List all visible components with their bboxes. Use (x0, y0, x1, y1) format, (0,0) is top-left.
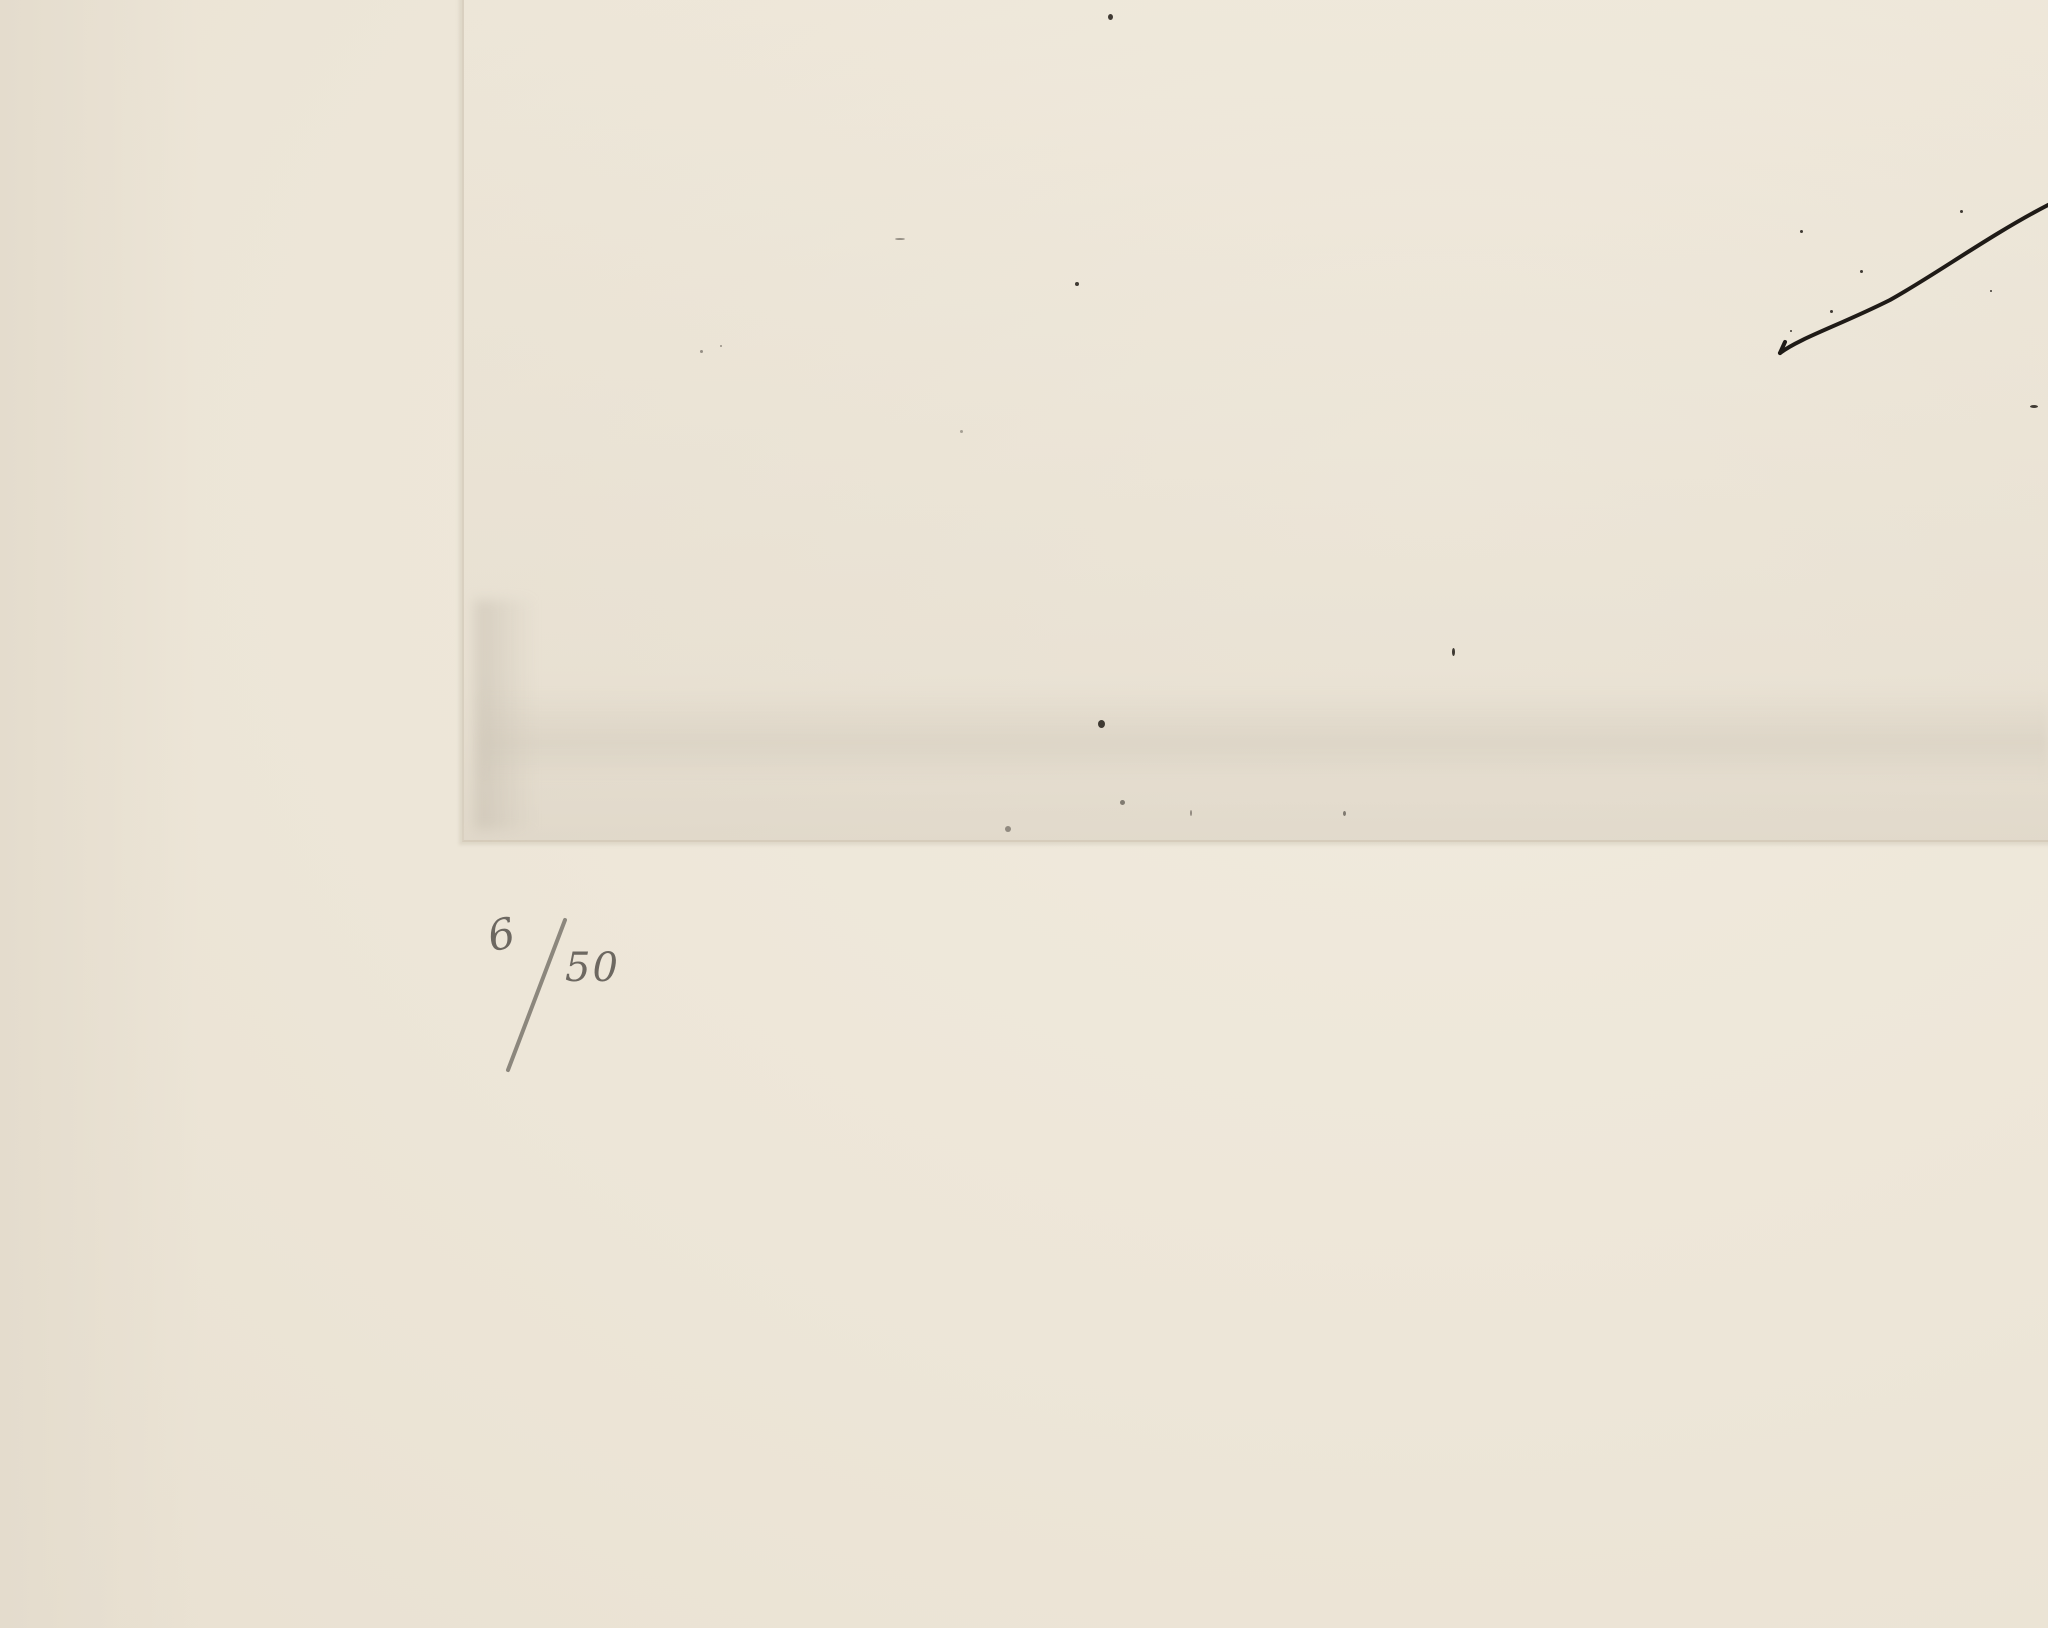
edition-number: 6 50 6/50 (470, 900, 670, 1090)
etched-line-drawing (0, 0, 2048, 1628)
etching-photograph: 6 50 6/50 (0, 0, 2048, 1628)
edition-total-number: 50 (565, 945, 620, 991)
